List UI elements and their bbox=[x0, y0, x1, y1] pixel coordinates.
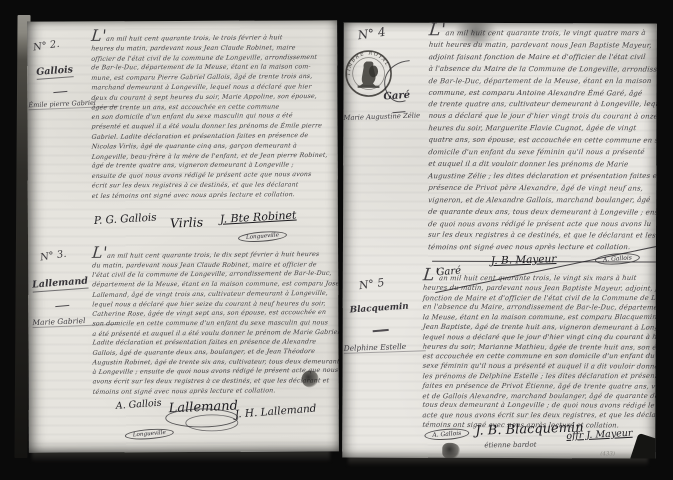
margin-child-name: Delphine Estelle bbox=[343, 341, 425, 354]
margin-family-name: Lallemand bbox=[32, 275, 89, 292]
signature-flourish-note: Longueville bbox=[238, 230, 288, 244]
act-text-line: les prénoms de Delphine Estelle ; les di… bbox=[422, 372, 654, 382]
act-text-line: Augustine Zélie ; les dites déclaration … bbox=[428, 171, 655, 183]
margin-dash bbox=[373, 329, 389, 332]
act-text-line: à l'absence du Maire de la Commune de Lo… bbox=[428, 63, 655, 76]
signature: J. H. Lallemand bbox=[234, 403, 316, 421]
act-text-line: commune, est comparu Antoine Alexandre É… bbox=[428, 87, 655, 100]
svg-text:TIMBRE: TIMBRE bbox=[346, 51, 366, 76]
left-page: N° 2. Gallois Émile pierre Gabriel L'an … bbox=[27, 20, 339, 452]
act-text-line: heures du soir, Marguerite Flavie Cugnot… bbox=[428, 123, 655, 135]
margin-child-name: Marie Augustine Zélie bbox=[343, 111, 427, 122]
margin-dash bbox=[55, 305, 69, 307]
act-text-line: L'an mil huit cent quarante trois, le vi… bbox=[428, 27, 655, 40]
act-text-line: nous a déclaré que le jour d'hier vingt … bbox=[428, 111, 655, 124]
act-text-line: et auquel il a dit vouloir donner les pr… bbox=[428, 159, 655, 172]
act-text-line: de Bar-le-Duc, département de la Meuse, … bbox=[428, 76, 655, 88]
act-text-line: L'an mil huit cent quarante trois, le di… bbox=[91, 247, 337, 262]
scanned-register-spread: N° 2. Gallois Émile pierre Gabriel L'an … bbox=[0, 0, 673, 480]
record-number: N° 2. bbox=[33, 39, 61, 54]
margin-dash bbox=[53, 91, 67, 93]
act-text-line: faites en présence de Privot Étienne, âg… bbox=[422, 381, 654, 392]
act-record-5-text: L'an mil huit cent quarante trois, le vi… bbox=[422, 272, 654, 432]
record-number: N° 3. bbox=[39, 249, 67, 264]
act-text-line: lequel nous a déclaré que le jour d'hier… bbox=[422, 333, 654, 343]
right-page: N° 4 TIMBRE ROYAL Garé Marie Augustine Z… bbox=[342, 22, 657, 458]
act-text-line: domicile d'un enfant du sexe féminin qu'… bbox=[428, 147, 655, 159]
signature: A. Gallois bbox=[115, 398, 162, 412]
act-text-line: témoins ont signé avec nous après lectur… bbox=[92, 386, 338, 398]
act-record-2-text: L'an mil huit cent quarante trois, le tr… bbox=[91, 30, 337, 201]
act-text-line: de quoi nous avons rédigé le présent act… bbox=[427, 219, 654, 231]
act-text-line: et les témoins ont signé avec nous après… bbox=[91, 190, 337, 202]
record-number: N° 4 bbox=[357, 25, 387, 43]
act-text-line: vigneron, et de Alexandre Gallois, march… bbox=[427, 195, 654, 207]
ink-blot bbox=[302, 370, 319, 387]
signature: Virlis bbox=[170, 214, 204, 230]
signature: Lallemand bbox=[168, 399, 238, 417]
act-text-line: présence de Privot père Alexandre, âgé d… bbox=[428, 183, 655, 196]
act-text-line: L'an mil huit cent quarante trois, le vi… bbox=[422, 272, 654, 284]
signature: étienne bardot bbox=[484, 441, 536, 450]
signature: offr J. Mayeur bbox=[566, 428, 633, 442]
act-text-line: de trente quatre ans, cultivateur demeur… bbox=[428, 99, 655, 111]
act-text-line: de quarante deux ans, tous deux demeuran… bbox=[427, 206, 654, 219]
act-record-4-text: L'an mil huit cent quarante trois, le vi… bbox=[428, 27, 655, 255]
stamp-text-bottom: ROYAL bbox=[367, 50, 390, 68]
act-text-line: sur les deux registres à ce destinés, et… bbox=[427, 230, 654, 243]
margin-family-name: Garé bbox=[383, 90, 410, 104]
margin-family-name: Blacquemin bbox=[349, 302, 409, 317]
signature: J. Bte Robinet bbox=[220, 209, 297, 226]
act-text-line: Jean Baptiste, âgé de trente huit ans, v… bbox=[422, 323, 654, 334]
act-text-line: adjoint faisant fonction de Maire et d'o… bbox=[428, 52, 655, 64]
margin-family-name: Gallois bbox=[36, 64, 74, 80]
signature: P. G. Gallois bbox=[94, 211, 157, 227]
act-text-line: sexe féminin qu'il nous a présenté et au… bbox=[422, 362, 654, 373]
record-number: N° 5 bbox=[358, 276, 385, 292]
act-text-line: huit heures du matin, pardevant nous Jea… bbox=[428, 40, 655, 53]
signature: J. B. Mayeur bbox=[491, 253, 557, 267]
stamp-text-top: TIMBRE bbox=[346, 51, 366, 76]
act-text-line: acte que nous avons écrit sur les deux r… bbox=[422, 411, 654, 421]
act-text-line: quatre ans, son épouse, est accouchée en… bbox=[428, 135, 655, 148]
signature-flourish-note: Longueville bbox=[125, 427, 175, 441]
pencil-folio-note: (433) bbox=[600, 451, 615, 457]
page-corner-shadow bbox=[629, 433, 656, 459]
act-text-line: heures du matin, pardevant nous Jean Bap… bbox=[422, 284, 654, 295]
act-record-3-text: L'an mil huit cent quarante trois, le di… bbox=[92, 247, 338, 397]
ink-blot bbox=[442, 443, 460, 459]
act-text-line: la Meuse, étant en la maison commune, es… bbox=[422, 313, 654, 323]
svg-text:ROYAL: ROYAL bbox=[367, 50, 390, 68]
